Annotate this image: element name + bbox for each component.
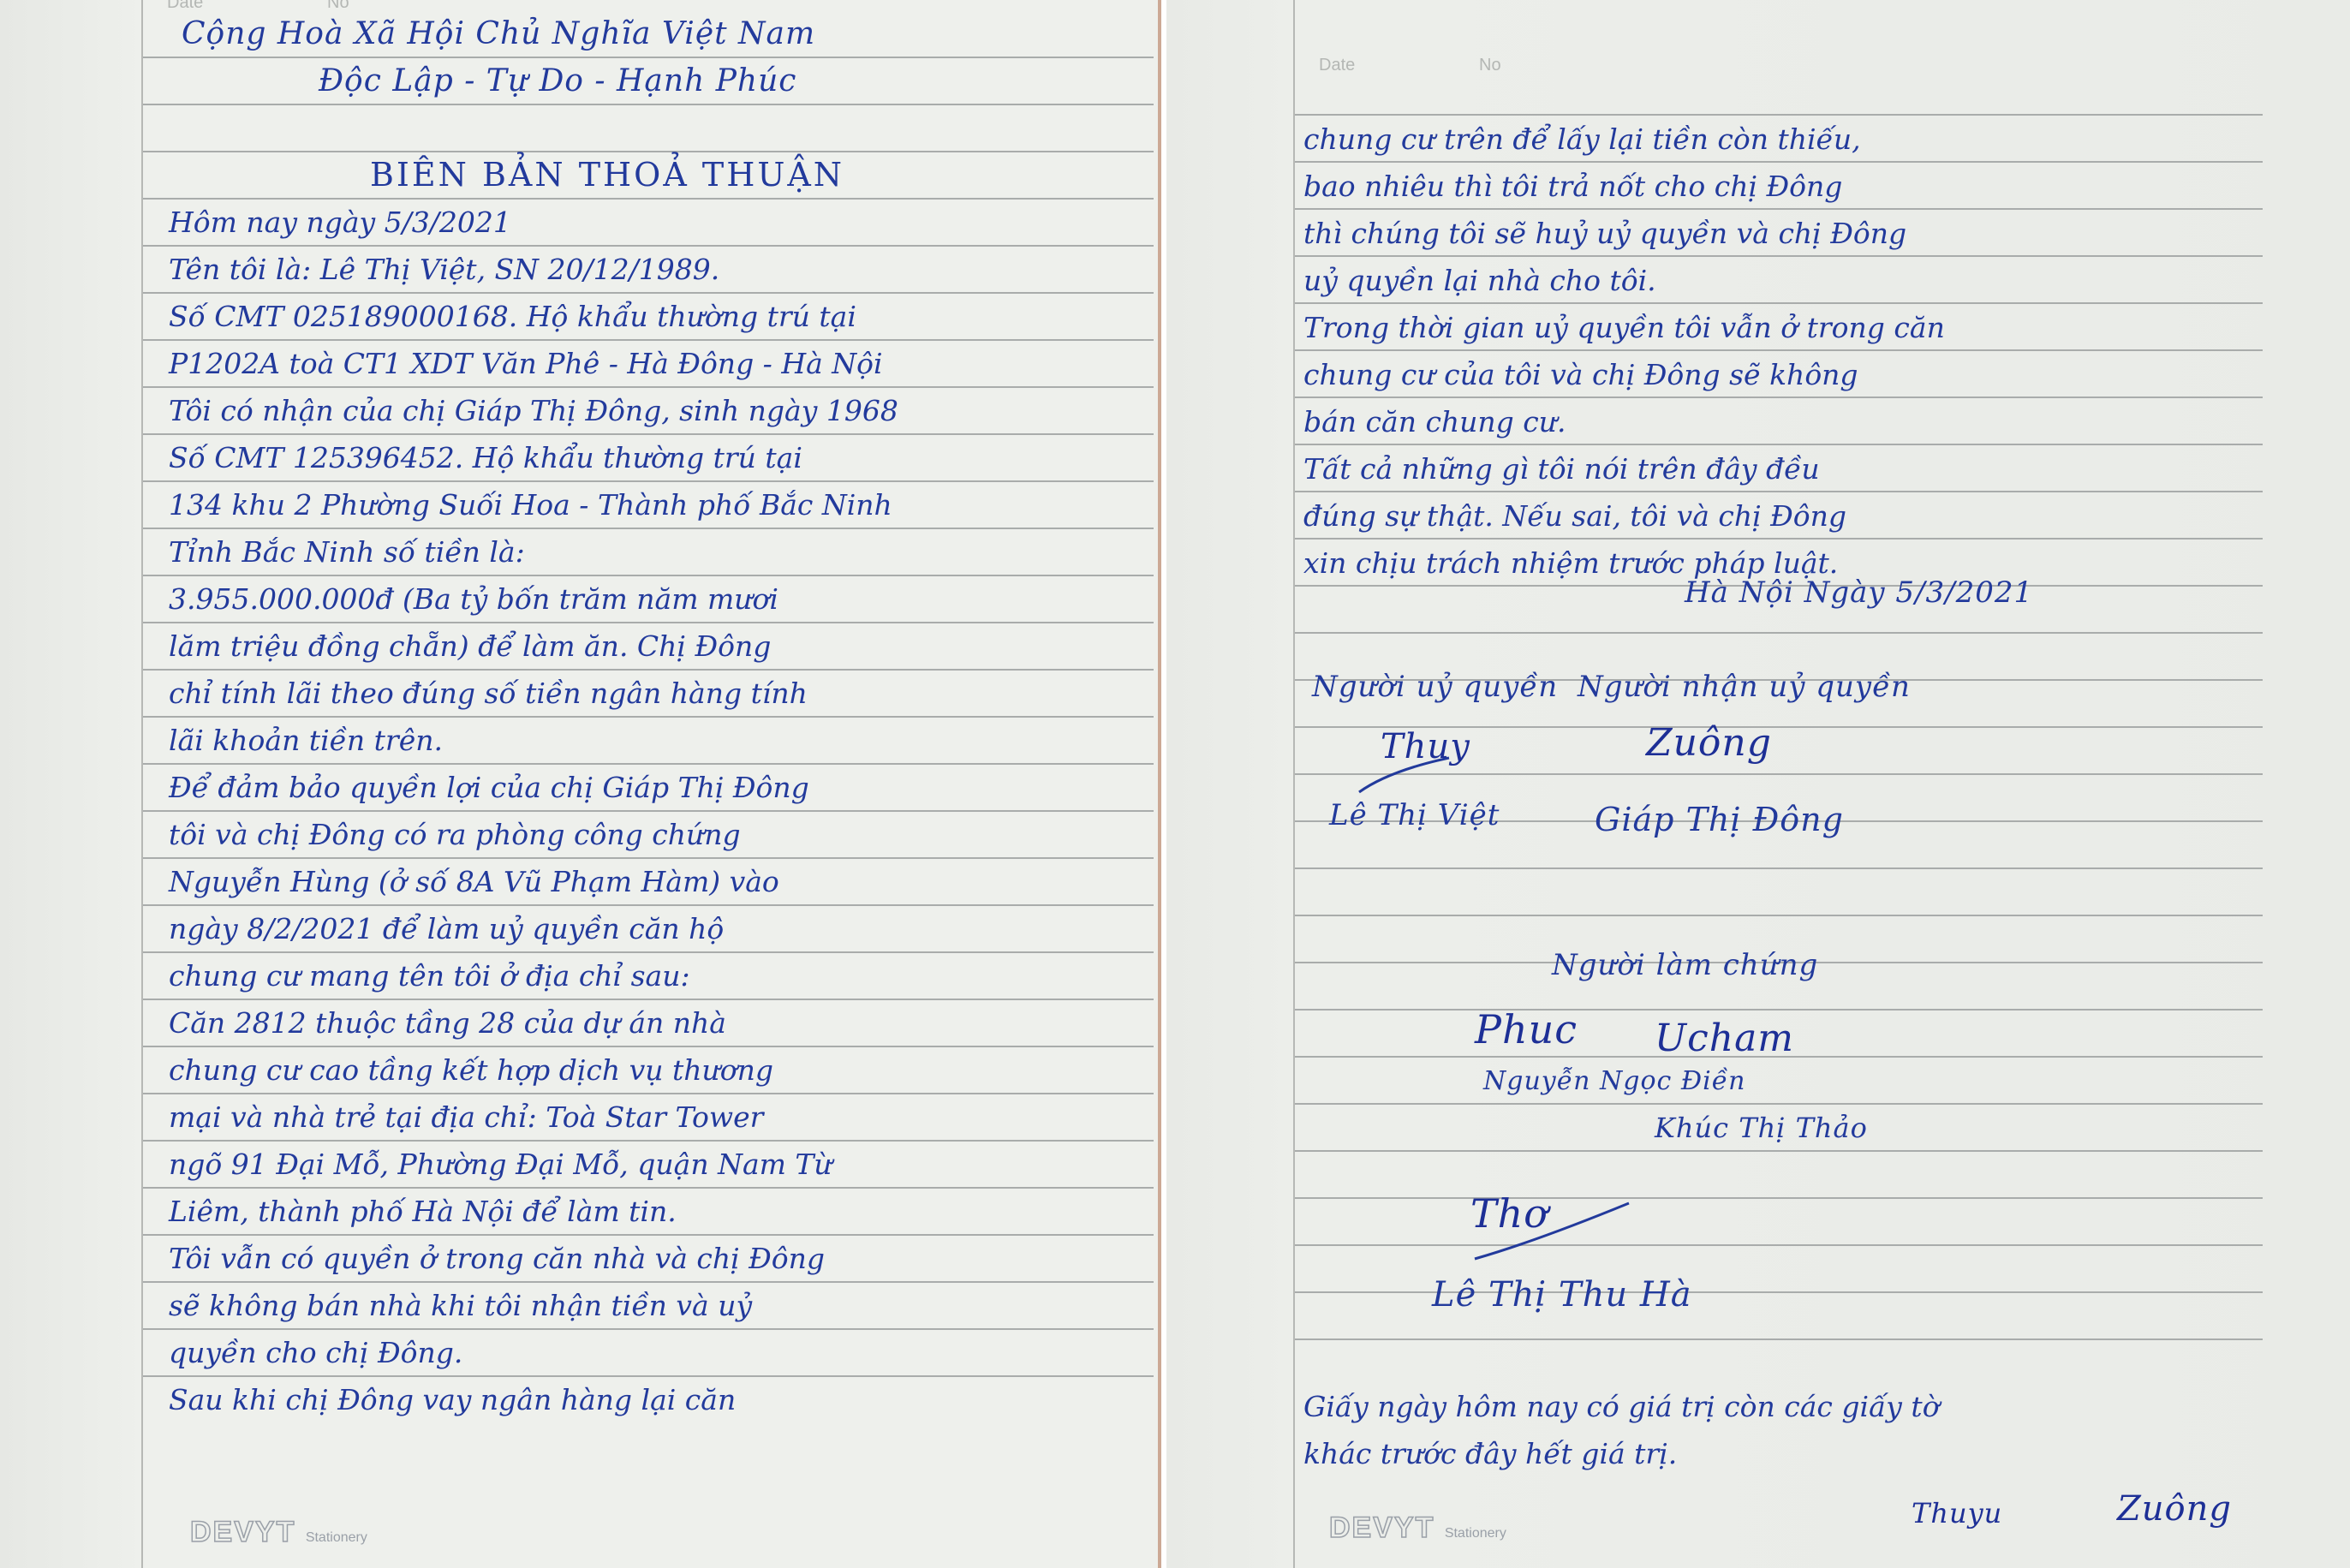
witness1-name: Nguyễn Ngọc Điền (1483, 1058, 1745, 1105)
left-notebook-page: Date No Cộng Hoà Xã Hội Chủ Nghĩa Việt N… (141, 0, 1154, 1568)
page-header: Date No (1295, 56, 2305, 73)
body-line: Sau khi chị Đông vay ngân hàng lại căn (169, 1376, 898, 1423)
body-line: tôi và chị Đông có ra phòng công chứng (169, 811, 898, 858)
grantee-name: Giáp Thị Đông (1595, 796, 1844, 844)
no-label: No (1479, 56, 1501, 75)
body-line: Tôi vẫn có quyền ở trong căn nhà và chị … (169, 1235, 898, 1282)
body-line: lãi khoản tiền trên. (169, 717, 898, 764)
witness3-name: Lê Thị Thu Hà (1432, 1272, 1692, 1319)
page-header: Date No (143, 0, 1154, 10)
body-line: Số CMT 125396452. Hộ khẩu thường trú tại (169, 434, 898, 481)
footer-note: Giấy ngày hôm nay có giá trị còn các giấ… (1303, 1383, 1940, 1477)
body-line: ngõ 91 Đại Mỗ, Phường Đại Mỗ, quận Nam T… (169, 1141, 898, 1188)
body-line: Số CMT 025189000168. Hộ khẩu thường trú … (169, 293, 898, 340)
brand-logo: DEVYT Stationery (1329, 1511, 1506, 1545)
body-line: chỉ tính lãi theo đúng số tiền ngân hàng… (169, 670, 898, 717)
left-page-photo: Date No Cộng Hoà Xã Hội Chủ Nghĩa Việt N… (0, 0, 1161, 1568)
witness2-name: Khúc Thị Thảo (1655, 1105, 1868, 1152)
witness1-signature: Phuc (1475, 1006, 1578, 1053)
body-line: bao nhiêu thì tôi trả nốt cho chị Đông (1303, 163, 1945, 210)
body-line: Nguyễn Hùng (ở số 8A Vũ Phạm Hàm) vào (169, 858, 898, 905)
grantee-signature: Zuông (1646, 719, 1772, 766)
grantor-name: Lê Thị Việt (1329, 792, 1500, 839)
body-line: lăm triệu đồng chẵn) để làm ăn. Chị Đông (169, 623, 898, 670)
national-motto-line1: Cộng Hoà Xã Hội Chủ Nghĩa Việt Nam (182, 10, 815, 57)
witness2-signature: Ucham (1655, 1015, 1794, 1062)
brand-suffix: Stationery (306, 1530, 367, 1545)
footer-signature-1: Thuyu (1912, 1490, 2002, 1537)
body-line: 134 khu 2 Phường Suối Hoa - Thành phố Bắ… (169, 481, 898, 528)
body-line: Căn 2812 thuộc tầng 28 của dự án nhà (169, 999, 898, 1046)
body-line: chung cư mang tên tôi ở địa chỉ sau: (169, 952, 898, 999)
body-line: sẽ không bán nhà khi tôi nhận tiền và uỷ (169, 1282, 898, 1329)
brand-suffix: Stationery (1445, 1526, 1506, 1541)
signature-stroke (1355, 754, 1458, 796)
body-line: P1202A toà CT1 XDT Văn Phê - Hà Đông - H… (169, 340, 898, 387)
body-line: Hôm nay ngày 5/3/2021 (169, 199, 898, 246)
brand-name: DEVYT (190, 1516, 295, 1548)
body-line: Liêm, thành phố Hà Nội để làm tin. (169, 1188, 898, 1235)
body-line: Tôi có nhận của chị Giáp Thị Đông, sinh … (169, 387, 898, 434)
body-line: đúng sự thật. Nếu sai, tôi và chị Đông (1303, 492, 1945, 540)
document-title: BIÊN BẢN THOẢ THUẬN (370, 152, 844, 199)
grantee-label: Người nhận uỷ quyền (1578, 664, 1911, 711)
footer-note-line: Giấy ngày hôm nay có giá trị còn các giấ… (1303, 1383, 1940, 1430)
footer-signature-2: Zuông (2117, 1486, 2232, 1533)
brand-logo: DEVYT Stationery (190, 1516, 367, 1549)
grantor-label: Người uỷ quyền (1312, 664, 1558, 711)
brand-name: DEVYT (1329, 1511, 1434, 1544)
right-notebook-page: Date No chung cư trên để lấy lại tiền cò… (1293, 0, 2305, 1568)
body-line: Tỉnh Bắc Ninh số tiền là: (169, 528, 898, 575)
body-line: 3.955.000.000đ (Ba tỷ bốn trăm năm mươi (169, 575, 898, 623)
date-label: Date (1319, 56, 1355, 75)
body-line: chung cư cao tầng kết hợp dịch vụ thương (169, 1046, 898, 1094)
witness-label: Người làm chứng (1552, 942, 1818, 989)
body-line: ngày 8/2/2021 để làm uỷ quyền căn hộ (169, 905, 898, 952)
body-line: Để đảm bảo quyền lợi của chị Giáp Thị Đô… (169, 764, 898, 811)
body-line: chung cư của tôi và chị Đông sẽ không (1303, 351, 1945, 398)
right-body-text: chung cư trên để lấy lại tiền còn thiếu,… (1303, 116, 1945, 587)
right-page-photo: Date No chung cư trên để lấy lại tiền cò… (1166, 0, 2350, 1568)
body-line: quyền cho chị Đông. (169, 1329, 898, 1376)
body-line: mại và nhà trẻ tại địa chỉ: Toà Star Tow… (169, 1094, 898, 1141)
footer-note-line: khác trước đây hết giá trị. (1303, 1430, 1940, 1477)
body-line: bán căn chung cư. (1303, 398, 1945, 445)
place-and-date: Hà Nội Ngày 5/3/2021 (1685, 569, 2033, 617)
body-line: thì chúng tôi sẽ huỷ uỷ quyền và chị Đôn… (1303, 210, 1945, 257)
signature-stroke (1466, 1199, 1637, 1267)
national-motto-line2: Độc Lập - Tự Do - Hạnh Phúc (319, 57, 796, 104)
left-body-text: Hôm nay ngày 5/3/2021 Tên tôi là: Lê Thị… (169, 199, 898, 1423)
body-line: uỷ quyền lại nhà cho tôi. (1303, 257, 1945, 304)
body-line: chung cư trên để lấy lại tiền còn thiếu, (1303, 116, 1945, 163)
body-line: Tên tôi là: Lê Thị Việt, SN 20/12/1989. (169, 246, 898, 293)
body-line: Trong thời gian uỷ quyền tôi vẫn ở trong… (1303, 304, 1945, 351)
body-line: Tất cả những gì tôi nói trên đây đều (1303, 445, 1945, 492)
